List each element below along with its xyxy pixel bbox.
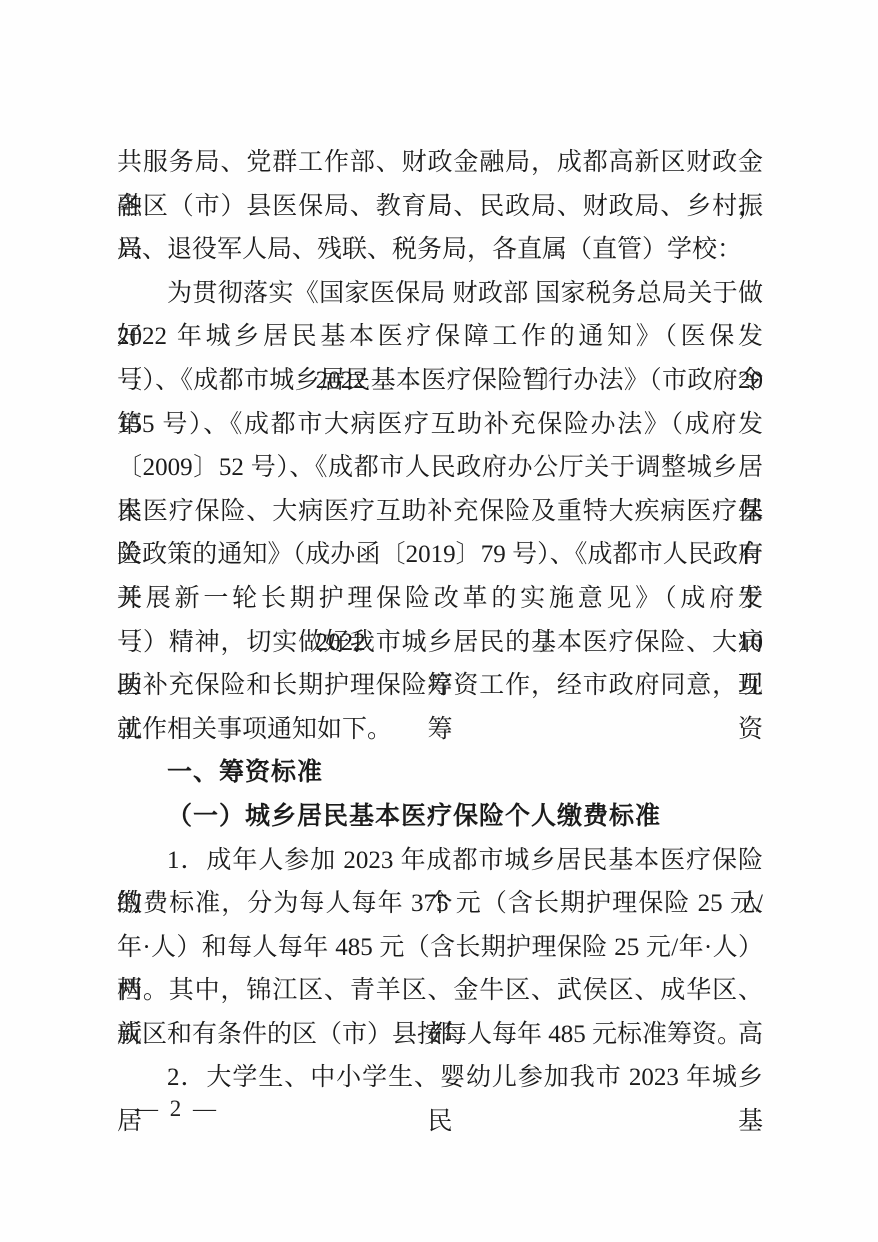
document-body: 共服务局、党群工作部、财政金融局，成都高新区财政金融局，各区（市）县医保局、教育… [117,141,763,1100]
text-line: 年·人）和每人每年 485 元（含长期护理保险 25 元/年·人）两 [117,926,763,970]
document-page: 共服务局、党群工作部、财政金融局，成都高新区财政金融局，各区（市）县医保局、教育… [0,0,878,1242]
text-line: 局、退役军人局、残联、税务局，各直属（直管）学校： [117,228,763,272]
text-line: 各区（市）县医保局、教育局、民政局、财政局、乡村振兴 [117,185,763,229]
text-line: 为贯彻落实《国家医保局 财政部 国家税务总局关于做好 [117,272,763,316]
text-line: 本医疗保险、大病医疗互助补充保险及重特大疾病医疗保险有 [117,490,763,534]
text-line: 档。其中，锦江区、青羊区、金牛区、武侯区、成华区、成都高 [117,969,763,1013]
page-number: — 2 — [135,1094,216,1124]
text-line: 155 号）、《成都市大病医疗互助补充保险办法》（成府发 [117,403,763,447]
text-line: 关政策的通知》（成办函〔2019〕79 号）、《成都市人民政府关于 [117,533,763,577]
text-line: 号）、《成都市城乡居民基本医疗保险暂行办法》（市政府令第 [117,359,763,403]
text-line: 〔2009〕52 号）、《成都市人民政府办公厅关于调整城乡居民基 [117,446,763,490]
text-line: 开展新一轮长期护理保险改革的实施意见》（成府发〔2022〕10 [117,577,763,621]
text-line: 共服务局、党群工作部、财政金融局，成都高新区财政金融局， [117,141,763,185]
text-line: 助补充保险和长期护理保险筹资工作，经市政府同意，现就筹资 [117,664,763,708]
section-heading: 一、筹资标准 [117,751,763,795]
text-line: 2022 年城乡居民基本医疗保障工作的通知》（医保发〔2022〕20 [117,315,763,359]
text-line: 1．成年人参加 2023 年成都市城乡居民基本医疗保险的个人 [117,839,763,883]
subsection-heading: （一）城乡居民基本医疗保险个人缴费标准 [117,795,763,839]
text-line: 缴费标准，分为每人每年 375 元（含长期护理保险 25 元/ [117,882,763,926]
text-line: 新区和有条件的区（市）县按每人每年 485 元标准筹资。 [117,1013,763,1057]
text-line: 号）精神，切实做好我市城乡居民的基本医疗保险、大病医疗互 [117,621,763,665]
